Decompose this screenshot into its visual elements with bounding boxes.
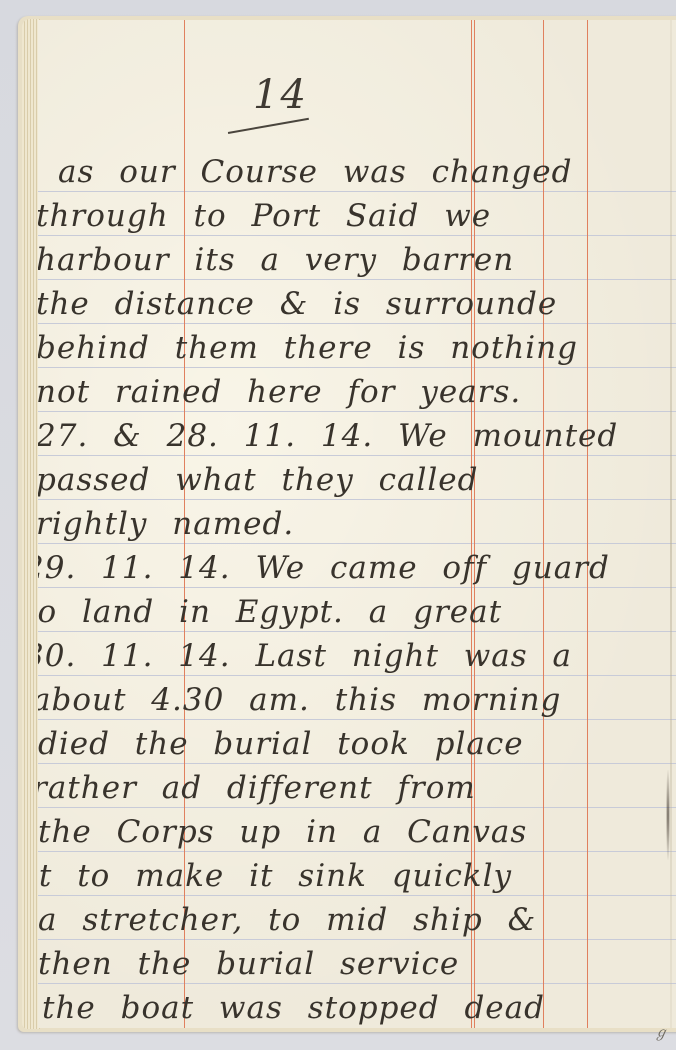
text-line: 27. & 28. 11. 14. We mounted bbox=[38, 414, 618, 458]
text-line: as our Course was changed bbox=[58, 150, 572, 194]
text-line: about 4.30 am. this morning bbox=[38, 678, 561, 722]
ink-stain bbox=[666, 770, 670, 860]
text-line: a stretcher, to mid ship & bbox=[38, 898, 536, 942]
text-line: the Corps up in a Canvas bbox=[38, 810, 527, 854]
page-number-underline bbox=[228, 118, 309, 134]
diary-page: 14 as our Course was changedthrough to P… bbox=[38, 20, 676, 1028]
text-line: harbour its a very barren bbox=[38, 238, 514, 282]
column-rule bbox=[587, 20, 588, 1028]
page-fold bbox=[670, 20, 672, 1028]
text-line: through to Port Said we bbox=[38, 194, 491, 238]
text-line: behind them there is nothing bbox=[38, 326, 578, 370]
page-number: 14 bbox=[253, 72, 308, 118]
text-line: passed what they called bbox=[38, 458, 478, 502]
text-line: not rained here for years. bbox=[38, 370, 521, 414]
text-line: 29. 11. 14. We came off guard bbox=[38, 546, 610, 590]
text-line: to land in Egypt. a great bbox=[38, 590, 502, 634]
text-line: it to make it sink quickly bbox=[38, 854, 512, 898]
scan-background: 14 as our Course was changedthrough to P… bbox=[0, 0, 676, 1050]
text-line: rather ad different from bbox=[38, 766, 476, 810]
text-line: the distance & is surrounde bbox=[38, 282, 557, 326]
text-line: rightly named. bbox=[38, 502, 294, 546]
corner-mark: ℊ bbox=[654, 1022, 668, 1042]
text-line: the boat was stopped dead bbox=[42, 986, 545, 1028]
text-line: 30. 11. 14. Last night was a bbox=[38, 634, 572, 678]
text-line: died the burial took place bbox=[38, 722, 524, 766]
text-line: then the burial service bbox=[38, 942, 459, 986]
